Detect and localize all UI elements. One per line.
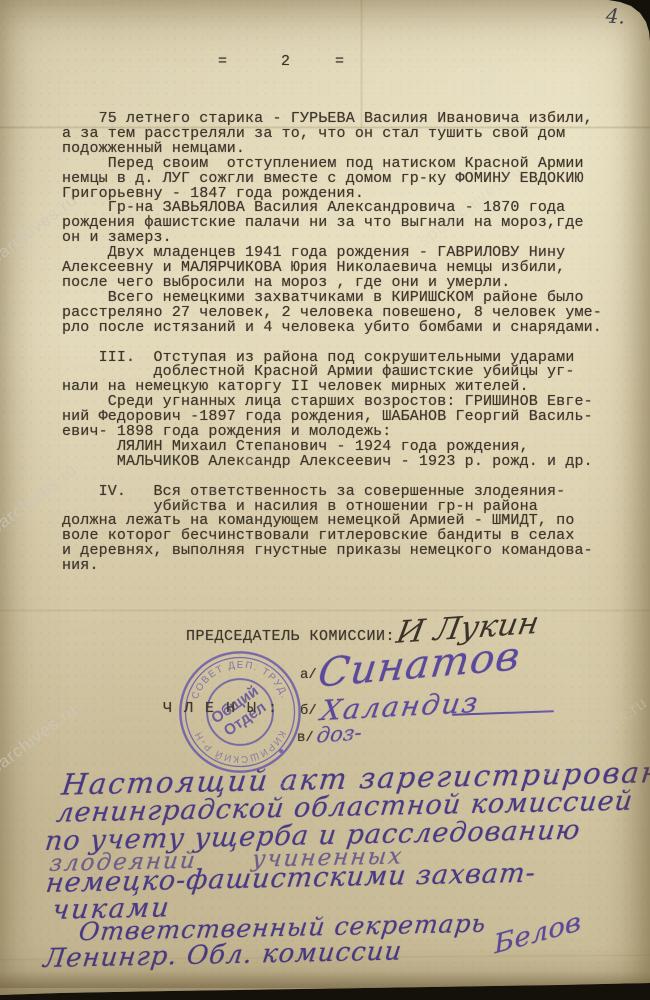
archival-scan: 4. = 2 = 75 летнего старика - ГУРЬЕВА Ва…	[0, 0, 650, 1000]
typed-text-body: 75 летнего старика - ГУРЬЕВА Василия Ива…	[62, 112, 602, 574]
member-marker-b: б/	[300, 703, 317, 719]
secretary-signature: Белов	[493, 907, 582, 960]
stamp-arc-bottom-text: КИРИШСКИЙ Р-Н	[192, 729, 287, 765]
note-line: ленинградской областной комиссией	[55, 786, 635, 829]
note-line: злодеяний учиненных	[48, 843, 405, 876]
stamp-dot	[279, 749, 283, 753]
page-number: = 2 =	[218, 53, 344, 70]
note-line: Настоящий акт зарегистрирован	[60, 755, 650, 802]
member-marker-a: а/	[300, 667, 317, 683]
fold-crease	[0, 609, 650, 612]
note-line: Ленингр. Обл. комиссии	[42, 936, 404, 974]
member-v-signature: доз-	[316, 720, 364, 747]
corner-page-annotation: 4.	[605, 3, 626, 28]
svg-text:КИРИШСКИЙ Р-Н: КИРИШСКИЙ Р-Н	[192, 729, 287, 765]
note-line: по учету ущерба и расследованию	[43, 815, 582, 857]
note-line: Ответственный секретарь	[77, 909, 488, 947]
paper-bottom-edge-shadow	[0, 972, 650, 988]
members-label: Ч Л Е Н Ы :	[163, 700, 279, 717]
document-paper: 4. = 2 = 75 летнего старика - ГУРЬЕВА Ва…	[0, 0, 650, 1000]
member-marker-v: в/	[297, 730, 314, 746]
note-line: немецко-фашистскими захват-	[44, 858, 538, 899]
fold-crease	[360, 0, 363, 128]
fold-crease	[0, 954, 650, 962]
note-line: чиками	[51, 892, 173, 926]
